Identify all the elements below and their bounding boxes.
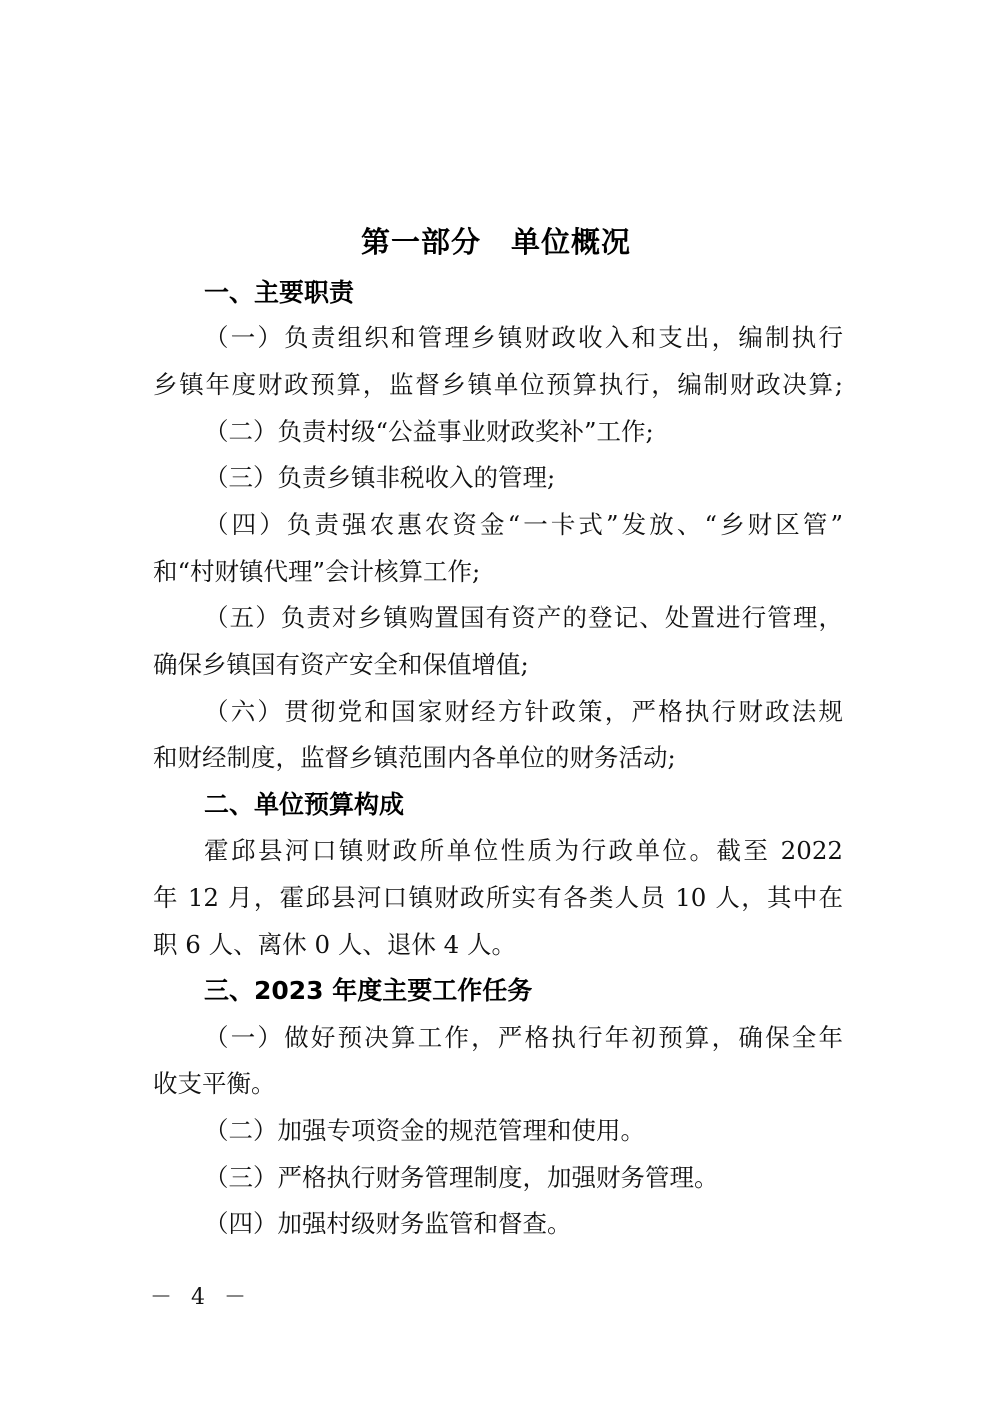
section-heading-duties: 一、主要职责 xyxy=(204,276,354,310)
page-number: － 4 － xyxy=(150,1280,252,1311)
paragraph-line: （三）负责乡镇非税收入的管理; xyxy=(204,461,843,495)
paragraph-line: 年 12 月，霍邱县河口镇财政所实有各类人员 10 人，其中在 xyxy=(153,881,843,915)
paragraph-line: 确保乡镇国有资产安全和保值增值; xyxy=(153,648,843,682)
paragraph-line: 霍邱县河口镇财政所单位性质为行政单位。截至 2022 xyxy=(204,834,843,868)
section-heading-2023-tasks: 三、2023 年度主要工作任务 xyxy=(204,974,532,1008)
paragraph-line: （四）负责强农惠农资金“一卡式”发放、“乡财区管” xyxy=(204,508,843,542)
paragraph-line: （二）加强专项资金的规范管理和使用。 xyxy=(204,1114,843,1148)
section-heading-budget-composition: 二、单位预算构成 xyxy=(204,788,404,822)
paragraph-line: 和“村财镇代理”会计核算工作; xyxy=(153,555,843,589)
page-title: 第一部分 单位概况 xyxy=(0,220,992,261)
paragraph-line: （一）做好预决算工作，严格执行年初预算，确保全年 xyxy=(204,1021,843,1055)
paragraph-line: （一）负责组织和管理乡镇财政收入和支出，编制执行 xyxy=(204,321,843,355)
paragraph-line: 和财经制度，监督乡镇范围内各单位的财务活动; xyxy=(153,741,843,775)
paragraph-line: （三）严格执行财务管理制度，加强财务管理。 xyxy=(204,1161,843,1195)
paragraph-line: （五）负责对乡镇购置国有资产的登记、处置进行管理， xyxy=(204,601,843,635)
paragraph-line: 乡镇年度财政预算，监督乡镇单位预算执行，编制财政决算; xyxy=(153,368,843,402)
paragraph-line: 收支平衡。 xyxy=(153,1067,843,1101)
paragraph-line: （二）负责村级“公益事业财政奖补”工作; xyxy=(204,415,843,449)
document-page: 第一部分 单位概况 一、主要职责 （一）负责组织和管理乡镇财政收入和支出，编制执… xyxy=(0,0,992,1403)
paragraph-line: （四）加强村级财务监管和督查。 xyxy=(204,1207,843,1241)
paragraph-line: （六）贯彻党和国家财经方针政策，严格执行财政法规 xyxy=(204,695,843,729)
paragraph-line: 职 6 人、离休 0 人、退休 4 人。 xyxy=(153,928,843,962)
